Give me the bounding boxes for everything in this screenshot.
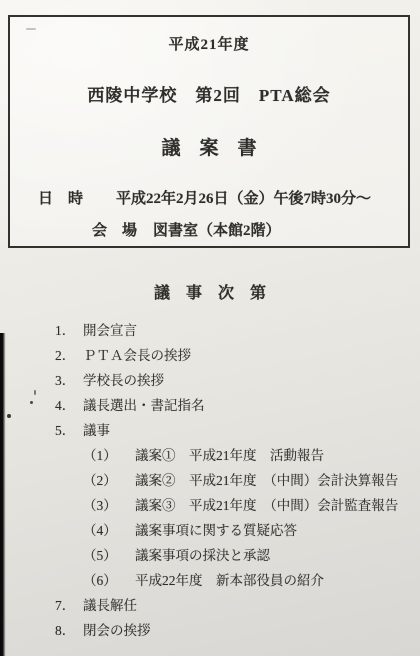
datetime-label: 日 時 <box>38 191 83 207</box>
subitem-text: 議案事項に関する質疑応答 <box>135 523 297 538</box>
subitem-number: （3） <box>83 499 135 513</box>
item-label: 議長解任 <box>83 598 137 613</box>
item-label: ＰＴＡ会長の挨拶 <box>83 348 191 363</box>
agenda-subitem-2: （2）議案② 平成21年度 （中間）会計決算報告 <box>55 474 410 488</box>
agenda-item-3: 3．学校長の挨拶 <box>55 374 410 388</box>
item-number: 5． <box>55 424 83 438</box>
item-label: 閉会の挨拶 <box>83 623 151 638</box>
subitem-number: （5） <box>83 549 135 563</box>
venue-label: 会 場 <box>92 223 137 239</box>
item-label: 開会宣言 <box>83 323 137 338</box>
agenda-list: 1．開会宣言 2．ＰＴＡ会長の挨拶 3．学校長の挨拶 4．議長選出・書記指名 5… <box>55 324 410 649</box>
item-number: 1． <box>55 324 83 338</box>
document-photo: 平成21年度 西陵中学校 第2回 PTA総会 議 案 書 日 時平成22年2月2… <box>0 0 420 656</box>
photo-artifact <box>26 28 36 30</box>
item-number: 8． <box>55 624 83 638</box>
header-box: 平成21年度 西陵中学校 第2回 PTA総会 議 案 書 日 時平成22年2月2… <box>8 15 410 248</box>
agenda-item-7: 7．議長解任 <box>55 599 410 613</box>
agenda-subitem-4: （4）議案事項に関する質疑応答 <box>55 524 410 538</box>
subitem-text: 議案② 平成21年度 （中間）会計決算報告 <box>135 473 398 488</box>
agenda-item-8: 8．閉会の挨拶 <box>55 624 410 638</box>
datetime-row: 日 時平成22年2月26日（金）午後7時30分～ <box>38 187 371 208</box>
fiscal-year: 平成21年度 <box>10 33 408 54</box>
photo-artifact <box>30 401 33 404</box>
item-number: 7． <box>55 599 83 613</box>
subitem-number: （6） <box>83 574 135 588</box>
subitem-text: 議案③ 平成21年度 （中間）会計監査報告 <box>135 498 398 513</box>
photo-edge-shadow <box>0 333 7 656</box>
subitem-text: 平成22年度 新本部役員の紹介 <box>135 573 324 588</box>
subitem-number: （2） <box>83 474 135 488</box>
agenda-subitem-5: （5）議案事項の採決と承認 <box>55 549 410 563</box>
subitem-number: （1） <box>83 449 135 463</box>
agenda-subitem-6: （6）平成22年度 新本部役員の紹介 <box>55 574 410 588</box>
agenda-item-1: 1．開会宣言 <box>55 324 410 338</box>
item-label: 学校長の挨拶 <box>83 373 164 388</box>
venue-row: 会 場図書室（本館2階） <box>92 219 281 240</box>
datetime-value: 平成22年2月26日（金）午後7時30分～ <box>116 191 371 207</box>
item-number: 4． <box>55 399 83 413</box>
subitem-text: 議案事項の採決と承認 <box>135 548 270 563</box>
photo-artifact <box>34 390 36 395</box>
agenda-subitem-1: （1）議案① 平成21年度 活動報告 <box>55 449 410 463</box>
subitem-text: 議案① 平成21年度 活動報告 <box>135 448 324 463</box>
item-number: 3． <box>55 374 83 388</box>
document-title: 議 案 書 <box>10 133 408 160</box>
meeting-title: 西陵中学校 第2回 PTA総会 <box>10 81 408 106</box>
item-label: 議長選出・書記指名 <box>83 398 205 413</box>
item-label: 議事 <box>83 423 110 438</box>
agenda-heading: 議 事 次 第 <box>0 280 420 303</box>
subitem-number: （4） <box>83 524 135 538</box>
agenda-item-5: 5．議事 <box>55 424 410 438</box>
agenda-item-4: 4．議長選出・書記指名 <box>55 399 410 413</box>
photo-artifact <box>7 414 11 418</box>
agenda-item-2: 2．ＰＴＡ会長の挨拶 <box>55 349 410 363</box>
agenda-subitem-3: （3）議案③ 平成21年度 （中間）会計監査報告 <box>55 499 410 513</box>
item-number: 2． <box>55 349 83 363</box>
venue-value: 図書室（本館2階） <box>153 223 281 239</box>
